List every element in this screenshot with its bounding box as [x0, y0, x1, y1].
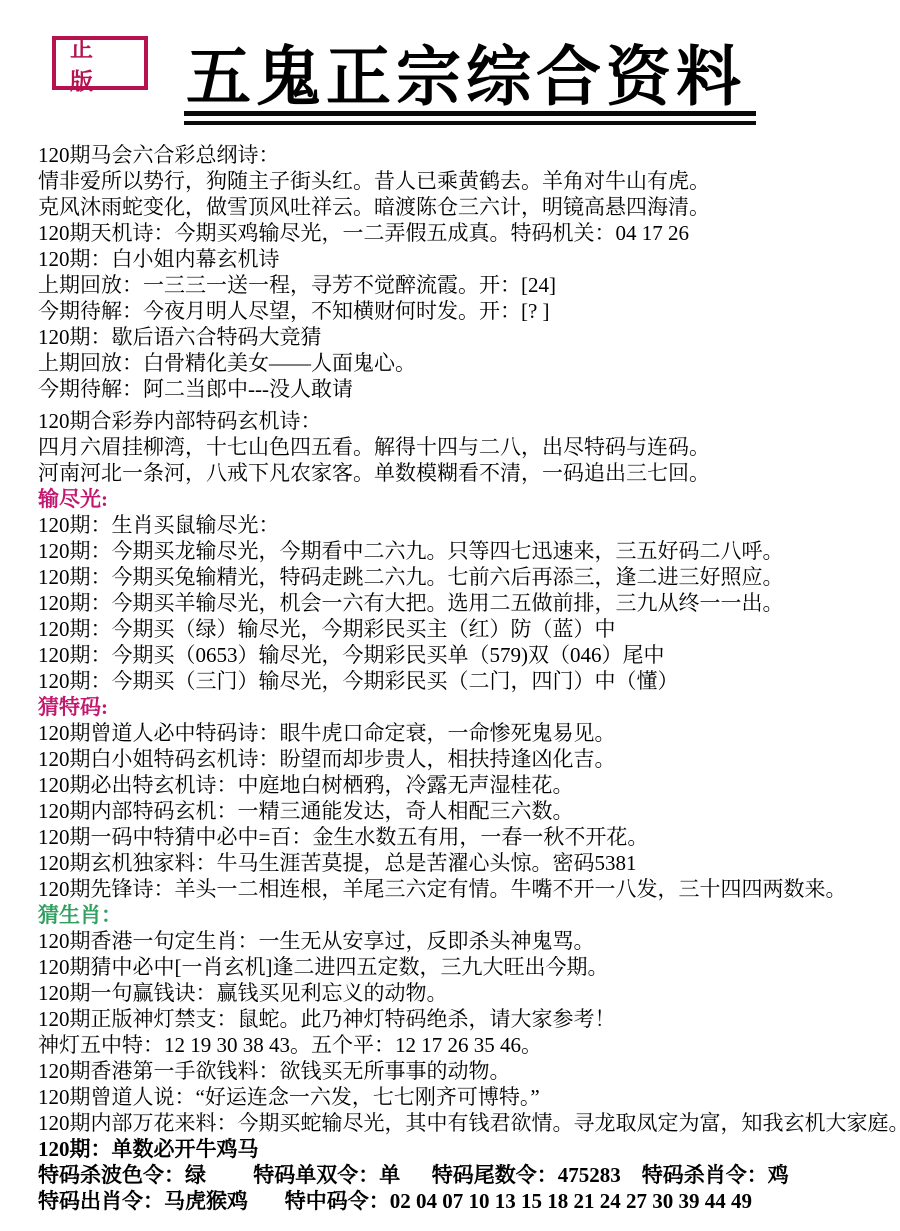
text-line: 120期：今期买龙输尽光，今期看中二六九。只等四七迅速来，三五好码二八呼。 [38, 538, 896, 564]
text-line: 河南河北一条河，八戒下凡农家客。单数模糊看不清，一码追出三七回。 [38, 460, 896, 486]
text-line: 120期曾道人必中特码诗：眼牛虎口命定衰，一命惨死鬼易见。 [38, 720, 896, 746]
text-line: 克风沐雨蛇变化，做雪顶风吐祥云。暗渡陈仓三六计，明镜高悬四海清。 [38, 194, 896, 220]
text-line: 120期内部特码玄机：一精三通能发达，奇人相配三六数。 [38, 798, 896, 824]
text-line: 120期一句赢钱诀：赢钱买见利忘义的动物。 [38, 980, 896, 1006]
lottery-info-sheet: 正 版 五鬼正宗综合资料 120期马会六合彩总纲诗：情非爱所以势行，狗随主子街头… [0, 0, 900, 1231]
text-line: 120期马会六合彩总纲诗： [38, 142, 896, 168]
text-line: 120期猜中必中[一肖玄机]逢二进四五定数，三九大旺出今期。 [38, 954, 896, 980]
text-line: 120期必出特玄机诗：中庭地白树栖鸦，冷露无声湿桂花。 [38, 772, 896, 798]
text-line: 120期：歇后语六合特码大竞猜 [38, 324, 896, 350]
text-line: 输尽光: [38, 486, 896, 512]
text-line: 120期：生肖买鼠输尽光： [38, 512, 896, 538]
text-line: 情非爱所以势行，狗随主子街头红。昔人已乘黄鹤去。羊角对牛山有虎。 [38, 168, 896, 194]
text-line: 120期天机诗：今期买鸡输尽光，一二弄假五成真。特码机关：04 17 26 [38, 220, 896, 246]
text-line: 120期香港第一手欲钱料：欲钱买无所事事的动物。 [38, 1058, 896, 1084]
text-line: 120期先锋诗：羊头一二相连根，羊尾三六定有情。牛嘴不开一八发，三十四四两数来。 [38, 876, 896, 902]
text-line: 120期正版神灯禁支：鼠蛇。此乃神灯特码绝杀，请大家参考！ [38, 1006, 896, 1032]
text-line: 上期回放：白骨精化美女——人面鬼心。 [38, 350, 896, 376]
text-line: 120期内部万花来料：今期买蛇输尽光，其中有钱君欲情。寻龙取凤定为富，知我玄机大… [38, 1110, 896, 1136]
text-line: 120期：今期买兔输精光，特码走跳二六九。七前六后再添三，逢二进三好照应。 [38, 564, 896, 590]
text-line: 上期回放：一三三一送一程，寻芳不觉醉流霞。开：[24] [38, 272, 896, 298]
text-line: 特码出肖令：马虎猴鸡 特中码令：02 04 07 10 13 15 18 21 … [38, 1188, 896, 1214]
text-line: 神灯五中特：12 19 30 38 43。五个平：12 17 26 35 46。 [38, 1032, 896, 1058]
text-line: 120期合彩券内部特码玄机诗： [38, 408, 896, 434]
text-line: 120期：今期买（三门）输尽光，今期彩民买（二门，四门）中（懂） [38, 668, 896, 694]
text-line: 120期：今期买（绿）输尽光，今期彩民买主（红）防（蓝）中 [38, 616, 896, 642]
text-line: 猜特码: [38, 694, 896, 720]
text-line: 120期玄机独家料：牛马生涯苦莫提，总是苦濯心头惊。密码5381 [38, 850, 896, 876]
text-line: 120期曾道人说：“好运连念一六发，七七刚齐可博特。” [38, 1084, 896, 1110]
text-line: 四月六眉挂柳湾，十七山色四五看。解得十四与二八，出尽特码与连码。 [38, 434, 896, 460]
text-line: 120期：单数必开牛鸡马 [38, 1136, 896, 1162]
text-line: 今期待解：阿二当郎中---没人敢请 [38, 376, 896, 402]
text-line: 120期香港一句定生肖：一生无从安享过，反即杀头神鬼骂。 [38, 928, 896, 954]
title-underline-rule [184, 111, 756, 125]
authentic-badge: 正 版 [52, 36, 148, 90]
text-line: 120期一码中特猜中必中=百：金生水数五有用，一春一秋不开花。 [38, 824, 896, 850]
text-line: 120期：今期买（0653）输尽光，今期彩民买单（579)双（046）尾中 [38, 642, 896, 668]
body-text: 120期马会六合彩总纲诗：情非爱所以势行，狗随主子街头红。昔人已乘黄鹤去。羊角对… [38, 142, 896, 1214]
text-line: 今期待解：今夜月明人尽望，不知横财何时发。开：[? ] [38, 298, 896, 324]
text-line: 特码杀波色令：绿 特码单双令：单 特码尾数令：475283 特码杀肖令：鸡 [38, 1162, 896, 1188]
text-line: 猜生肖： [38, 902, 896, 928]
page-title: 五鬼正宗综合资料 [186, 24, 746, 118]
text-line: 120期：今期买羊输尽光，机会一六有大把。选用二五做前排，三九从终一一出。 [38, 590, 896, 616]
text-line: 120期：白小姐内幕玄机诗 [38, 246, 896, 272]
text-line: 120期白小姐特码玄机诗：盼望而却步贵人，相扶持逢凶化吉。 [38, 746, 896, 772]
